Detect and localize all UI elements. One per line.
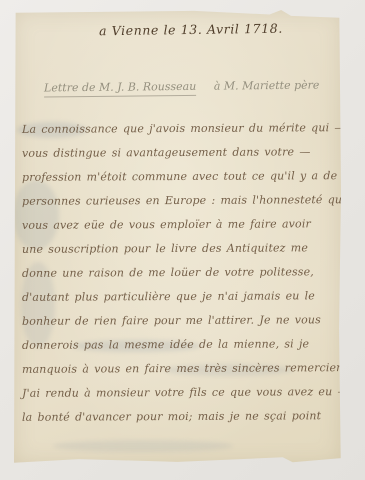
manuscript-line: vous avez eüe de vous emploïer à me fair… xyxy=(22,212,338,238)
manuscript-line: donnerois pas la mesme idée de la mienne… xyxy=(22,332,338,358)
annotation-recipient: à M. Mariette père xyxy=(214,79,320,93)
manuscript-line: J'ai rendu à monsieur votre fils ce que … xyxy=(22,380,338,406)
letter-body: La connoissance que j'avois monsieur du … xyxy=(22,117,338,429)
manuscript-line: personnes curieuses en Europe : mais l'h… xyxy=(22,188,338,214)
ink-bleedthrough xyxy=(53,440,233,452)
manuscript-line: vous distingue si avantageusement dans v… xyxy=(22,140,338,166)
manuscript-line: la bonté d'avancer pour moi; mais je ne … xyxy=(22,404,338,430)
manuscript-line: La connoissance que j'avois monsieur du … xyxy=(22,116,338,142)
scan-background: a Vienne le 13. Avril 1718. Lettre de M.… xyxy=(0,0,365,480)
manuscript-line: profession m'étoit commune avec tout ce … xyxy=(22,164,338,190)
manuscript-line: manquois à vous en faire mes très sincèr… xyxy=(22,356,338,382)
manuscript-line: une souscription pour le livre des Antiq… xyxy=(22,236,338,262)
annotation-author: Lettre de M. J. B. Rousseau xyxy=(44,80,196,98)
manuscript-line: bonheur de rien faire pour me l'attirer.… xyxy=(22,308,338,334)
manuscript-line: donne une raison de me loüer de votre po… xyxy=(22,260,338,286)
letter-dateline: a Vienne le 13. Avril 1718. xyxy=(99,21,283,39)
letter-paper: a Vienne le 13. Avril 1718. Lettre de M.… xyxy=(13,10,342,465)
archival-annotation: Lettre de M. J. B. Rousseau à M. Mariett… xyxy=(44,79,319,95)
manuscript-line: d'autant plus particulière que je n'ai j… xyxy=(22,284,338,310)
